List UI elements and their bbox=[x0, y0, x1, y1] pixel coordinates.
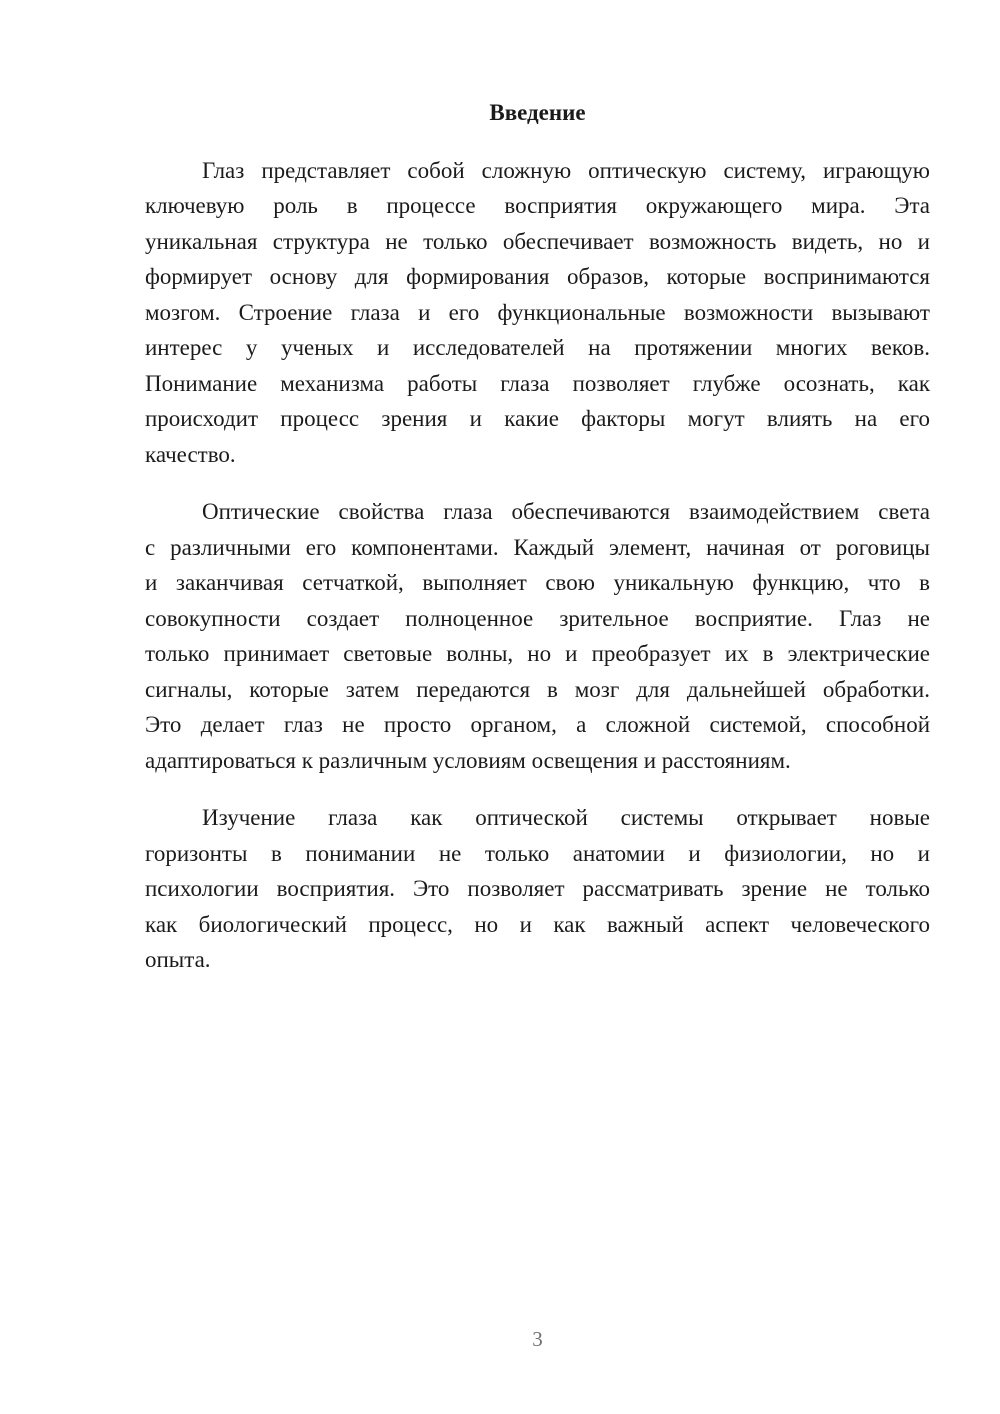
document-page: Введение Глаз представляет собой сложную… bbox=[0, 0, 1000, 1414]
text-line: совокупности создает полноценное зритель… bbox=[145, 601, 930, 637]
text-line: мозгом. Строение глаза и его функциональ… bbox=[145, 295, 930, 331]
text-line: как биологический процесс, но и как важн… bbox=[145, 907, 930, 943]
text-line: горизонты в понимании не только анатомии… bbox=[145, 836, 930, 872]
text-column: Введение Глаз представляет собой сложную… bbox=[145, 95, 930, 978]
text-line: с различными его компонентами. Каждый эл… bbox=[145, 530, 930, 566]
body-text: Глаз представляет собой сложную оптическ… bbox=[145, 153, 930, 978]
text-line: адаптироваться к различным условиям осве… bbox=[145, 743, 930, 779]
text-line: формирует основу для формирования образо… bbox=[145, 259, 930, 295]
text-line: ключевую роль в процессе восприятия окру… bbox=[145, 188, 930, 224]
page-footer: 3 bbox=[145, 1322, 930, 1357]
section-heading: Введение bbox=[145, 95, 930, 131]
text-line: происходит процесс зрения и какие фактор… bbox=[145, 401, 930, 437]
page-number: 3 bbox=[532, 1327, 543, 1351]
text-line: Оптические свойства глаза обеспечиваются… bbox=[145, 494, 930, 530]
text-line: и заканчивая сетчаткой, выполняет свою у… bbox=[145, 565, 930, 601]
text-line: интерес у ученых и исследователей на про… bbox=[145, 330, 930, 366]
paragraph: Глаз представляет собой сложную оптическ… bbox=[145, 153, 930, 473]
text-line: Это делает глаз не просто органом, а сло… bbox=[145, 707, 930, 743]
text-line: опыта. bbox=[145, 942, 930, 978]
text-line: Изучение глаза как оптической системы от… bbox=[145, 800, 930, 836]
text-line: психологии восприятия. Это позволяет рас… bbox=[145, 871, 930, 907]
paragraph: Оптические свойства глаза обеспечиваются… bbox=[145, 494, 930, 778]
text-line: уникальная структура не только обеспечив… bbox=[145, 224, 930, 260]
paragraph: Изучение глаза как оптической системы от… bbox=[145, 800, 930, 978]
text-line: качество. bbox=[145, 437, 930, 473]
text-line: только принимает световые волны, но и пр… bbox=[145, 636, 930, 672]
text-line: Глаз представляет собой сложную оптическ… bbox=[145, 153, 930, 189]
text-line: сигналы, которые затем передаются в мозг… bbox=[145, 672, 930, 708]
text-line: Понимание механизма работы глаза позволя… bbox=[145, 366, 930, 402]
